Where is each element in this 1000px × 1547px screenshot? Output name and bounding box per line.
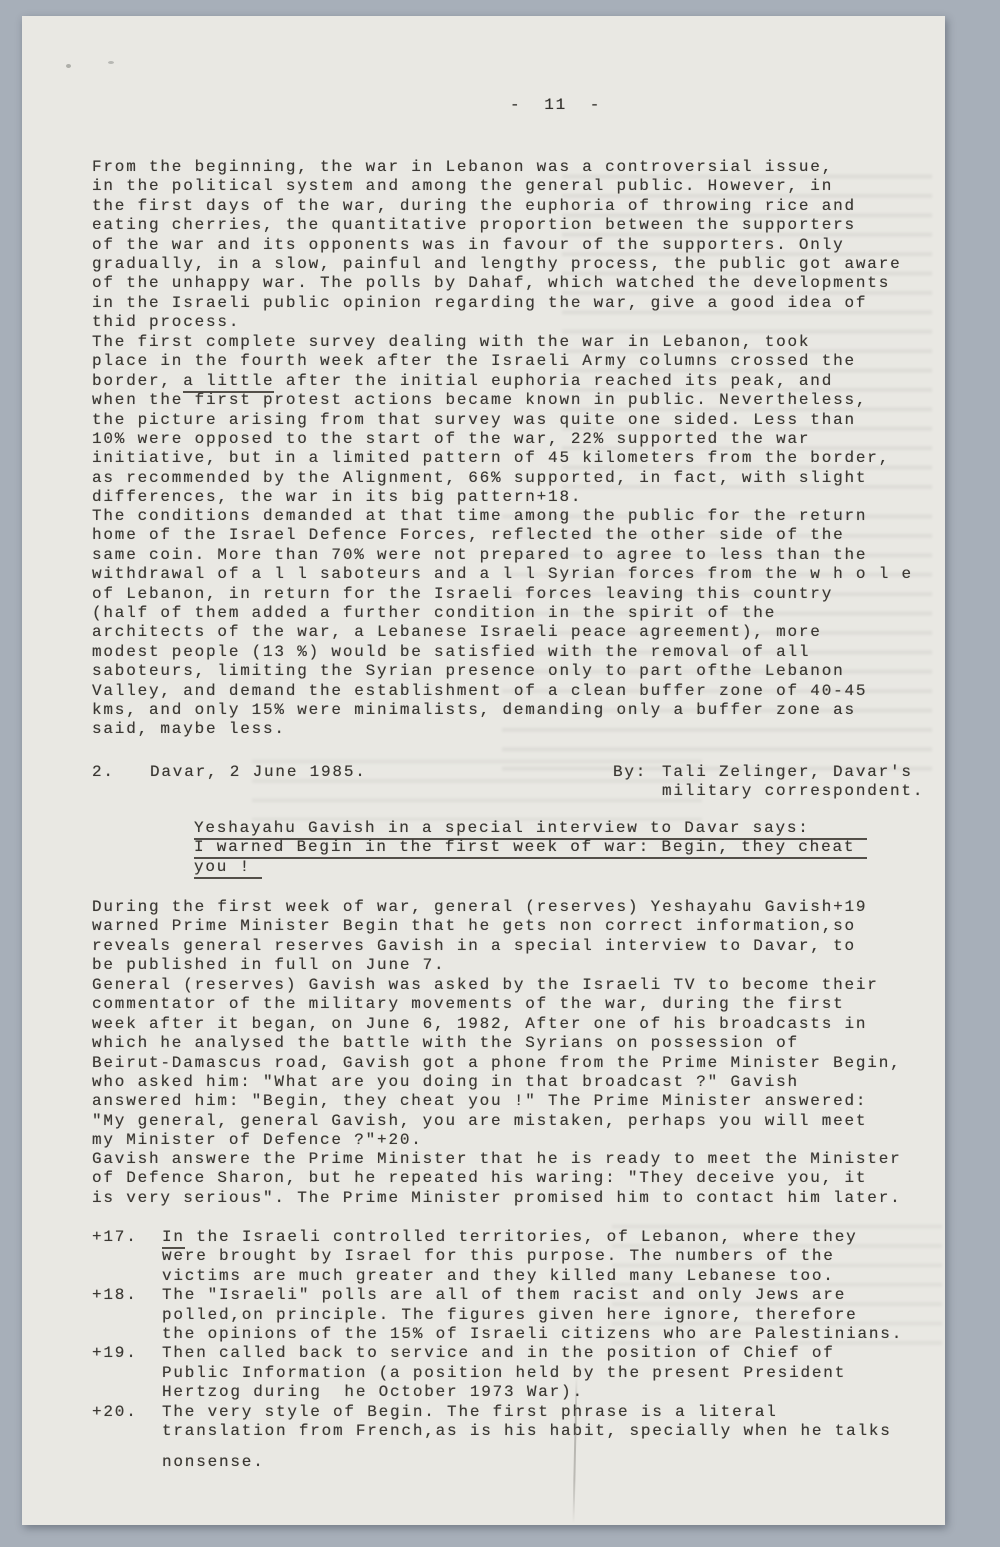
text-line: architects of the war, a Lebanese Israel… [92,623,913,642]
underlined-text: you ! [194,858,262,879]
underlined-text: I warned Begin in the first week of war:… [194,838,867,859]
text-segment: Gavish answere the Prime Minister that h… [92,1150,902,1168]
underlined-text: a little [183,372,274,393]
text-line: place in the fourth week after the Israe… [92,352,890,371]
text-segment: the Israeli controlled territories, of L… [185,1228,858,1246]
text-segment: thid process. [92,313,240,331]
text-segment: Tali Zelinger, Davar's [662,763,913,781]
footnote-text: Then called back to service and in the p… [162,1344,846,1402]
text-line: military correspondent. [662,782,924,801]
text-segment: nonsense. [162,1453,265,1471]
text-segment: my Minister of Defence ?"+20. [92,1131,423,1149]
text-segment: when the first protest actions became kn… [92,391,867,409]
text-line: answered him: "Begin, they cheat you !" … [92,1092,902,1111]
text-segment: commentator of the military movements of… [92,995,845,1013]
footnotes: +17.In the Israeli controlled territorie… [92,1228,903,1473]
footnote-marker: +17. [92,1228,162,1286]
text-segment: answered him: "Begin, they cheat you !" … [92,1092,867,1110]
paragraph-opening: From the beginning, the war in Lebanon w… [92,158,902,333]
text-segment: From the beginning, the war in Lebanon w… [92,158,833,176]
text-line: "My general, general Gavish, you are mis… [92,1112,902,1131]
text-segment: border, [92,372,183,390]
text-line: saboteurs, limiting the Syrian presence … [92,662,913,681]
scanned-page: - 11 - From the beginning, the war in Le… [0,0,1000,1547]
text-segment: saboteurs, limiting the Syrian presence … [92,662,845,680]
text-segment: reveals general reserves Gavish in a spe… [92,937,856,955]
text-segment: "My general, general Gavish, you are mis… [92,1112,867,1130]
text-line: The first complete survey dealing with t… [92,333,890,352]
text-line: kms, and only 15% were minimalists, dema… [92,701,913,720]
text-line: reveals general reserves Gavish in a spe… [92,937,867,956]
text-segment: in the political system and among the ge… [92,177,833,195]
text-line: border, a little after the initial eupho… [92,372,890,391]
text-line: eating cherries, the quantitative propor… [92,216,902,235]
text-segment: which he analysed the battle with the Sy… [92,1034,799,1052]
text-line: of the war and its opponents was in favo… [92,236,902,255]
text-segment: place in the fourth week after the Israe… [92,352,856,370]
text-segment: of the unhappy war. The polls by Dahaf, … [92,274,890,292]
bleed-through-ghost-text [252,751,702,821]
text-line: victims are much greater and they killed… [162,1267,858,1286]
text-segment: same coin. More than 70% were not prepar… [92,546,867,564]
footnote-text: In the Israeli controlled territories, o… [162,1228,858,1286]
text-segment: the opinions of the 15% of Israeli citiz… [162,1325,903,1343]
text-line: in the Israeli public opinion regarding … [92,294,902,313]
text-segment: General (reserves) Gavish was asked by t… [92,976,879,994]
text-line: is very serious". The Prime Minister pro… [92,1189,902,1208]
text-line: same coin. More than 70% were not prepar… [92,546,913,565]
page-number: - 11 - [510,96,601,115]
text-segment: military correspondent. [662,782,924,800]
paper-sheet: - 11 - From the beginning, the war in Le… [22,16,945,1525]
text-segment: Valley, and demand the establishment of … [92,682,867,700]
text-segment: 10% were opposed to the start of the war… [92,430,810,448]
footnote-marker: +20. [92,1403,162,1473]
text-line: commentator of the military movements of… [92,995,902,1014]
footnote-text: The very style of Begin. The first phras… [162,1403,892,1473]
text-line: modest people (13 %) would be satisfied … [92,643,913,662]
text-segment: who asked him: "What are you doing in th… [92,1073,799,1091]
text-line: From the beginning, the war in Lebanon w… [92,158,902,177]
underlined-text: In [162,1228,185,1249]
text-segment: withdrawal of a l l saboteurs and a l l … [92,565,913,583]
text-line: home of the Israel Defence Forces, refle… [92,526,913,545]
footnote-marker: +18. [92,1286,162,1344]
text-segment: translation from French,as is his habit,… [162,1422,892,1440]
text-segment: During the first week of war, general (r… [92,898,867,916]
footnote-marker: +19. [92,1344,162,1402]
text-segment: The very style of Begin. The first phras… [162,1403,778,1421]
text-segment: polled,on principle. The figures given h… [162,1306,858,1324]
text-segment: be published in full on June 7. [92,956,445,974]
byline-author: Tali Zelinger, Davar'smilitary correspon… [662,763,924,802]
text-segment: home of the Israel Defence Forces, refle… [92,526,845,544]
text-line: nonsense. [162,1453,892,1472]
text-line: The "Israeli" polls are all of them raci… [162,1286,903,1305]
text-segment: warned Prime Minister Begin that he gets… [92,917,856,935]
text-line: said, maybe less. [92,720,913,739]
text-line: of Lebanon, in return for the Israeli fo… [92,585,913,604]
text-line: Gavish answere the Prime Minister that h… [92,1150,902,1169]
text-line: polled,on principle. The figures given h… [162,1306,903,1325]
text-segment: differences, the war in its big pattern+… [92,488,582,506]
text-segment: The first complete survey dealing with t… [92,333,810,351]
text-line: General (reserves) Gavish was asked by t… [92,976,902,995]
text-segment: architects of the war, a Lebanese Israel… [92,623,822,641]
text-segment: The "Israeli" polls are all of them raci… [162,1286,846,1304]
paragraph-conditions: The conditions demanded at that time amo… [92,507,913,740]
text-segment: victims are much greater and they killed… [162,1267,835,1285]
text-segment: (half of them added a further condition … [92,604,776,622]
text-line: which he analysed the battle with the Sy… [92,1034,902,1053]
text-line: of Defence Sharon, but he repeated his w… [92,1169,902,1188]
text-segment: kms, and only 15% were minimalists, dema… [92,701,856,719]
text-segment: Then called back to service and in the p… [162,1344,835,1362]
footnote: +17.In the Israeli controlled territorie… [92,1228,903,1286]
text-line: Yeshayahu Gavish in a special interview … [194,819,867,838]
text-segment: The conditions demanded at that time amo… [92,507,867,525]
text-line: of the unhappy war. The polls by Dahaf, … [92,274,902,293]
text-line: the first days of the war, during the eu… [92,197,902,216]
text-line: the picture arising from that survey was… [92,411,890,430]
footnote: +18.The "Israeli" polls are all of them … [92,1286,903,1344]
text-segment: modest people (13 %) would be satisfied … [92,643,810,661]
text-line: The very style of Begin. The first phras… [162,1403,892,1422]
text-line: Tali Zelinger, Davar's [662,763,924,782]
paragraph-tv-commentator: General (reserves) Gavish was asked by t… [92,976,902,1151]
text-segment: week after it began, on June 6, 1982, Af… [92,1015,867,1033]
text-segment: the picture arising from that survey was… [92,411,856,429]
text-segment: in the Israeli public opinion regarding … [92,294,867,312]
paper-speck [66,64,71,68]
text-segment: after the initial euphoria reached its p… [274,372,833,390]
text-line: During the first week of war, general (r… [92,898,867,917]
text-segment: of the war and its opponents was in favo… [92,236,845,254]
text-line: Valley, and demand the establishment of … [92,682,913,701]
text-segment: Hertzog during he October 1973 War). [162,1383,584,1401]
text-segment: Beirut-Damascus road, Gavish got a phone… [92,1054,902,1072]
text-segment: of Defence Sharon, but he repeated his w… [92,1169,867,1187]
text-line: initiative, but in a limited pattern of … [92,449,890,468]
footnote: +19.Then called back to service and in t… [92,1344,903,1402]
byline-item-number: 2. [92,763,115,782]
text-line: who asked him: "What are you doing in th… [92,1073,902,1092]
text-line: Then called back to service and in the p… [162,1344,846,1363]
underlined-text: Yeshayahu Gavish in a special interview … [194,819,867,840]
footnote-text: The "Israeli" polls are all of them raci… [162,1286,903,1344]
text-line: as recommended by the Alignment, 66% sup… [92,469,890,488]
text-line: warned Prime Minister Begin that he gets… [92,917,867,936]
paper-speck [108,61,114,64]
text-segment: as recommended by the Alignment, 66% sup… [92,469,867,487]
paragraph-first-survey: The first complete survey dealing with t… [92,333,890,508]
text-line: The conditions demanded at that time amo… [92,507,913,526]
text-line: withdrawal of a l l saboteurs and a l l … [92,565,913,584]
paragraph-gavish-warning: During the first week of war, general (r… [92,898,867,976]
text-line: differences, the war in its big pattern+… [92,488,890,507]
text-line: in the political system and among the ge… [92,177,902,196]
text-line: be published in full on June 7. [92,956,867,975]
text-segment: Public Information (a position held by t… [162,1364,846,1382]
headline: Yeshayahu Gavish in a special interview … [194,819,867,877]
text-line: Public Information (a position held by t… [162,1364,846,1383]
text-segment: eating cherries, the quantitative propor… [92,216,856,234]
text-line: In the Israeli controlled territories, o… [162,1228,858,1247]
text-line: the opinions of the 15% of Israeli citiz… [162,1325,903,1344]
text-line: you ! [194,858,867,877]
text-line: my Minister of Defence ?"+20. [92,1131,902,1150]
text-segment: said, maybe less. [92,720,286,738]
paragraph-gavish-answer: Gavish answere the Prime Minister that h… [92,1150,902,1208]
text-segment: gradually, in a slow, painful and length… [92,255,902,273]
text-line: 10% were opposed to the start of the war… [92,430,890,449]
text-line: Hertzog during he October 1973 War). [162,1383,846,1402]
text-segment: initiative, but in a limited pattern of … [92,449,890,467]
text-line: gradually, in a slow, painful and length… [92,255,902,274]
text-line: I warned Begin in the first week of war:… [194,838,867,857]
byline-source: Davar, 2 June 1985. [150,763,367,782]
text-segment: is very serious". The Prime Minister pro… [92,1189,902,1207]
text-segment: of Lebanon, in return for the Israeli fo… [92,585,833,603]
byline-by-label: By: [613,763,647,782]
text-segment: the first days of the war, during the eu… [92,197,856,215]
text-line: thid process. [92,313,902,332]
text-line: when the first protest actions became kn… [92,391,890,410]
text-segment: were brought by Israel for this purpose.… [162,1247,835,1265]
footnote: +20.The very style of Begin. The first p… [92,1403,903,1473]
text-line: Beirut-Damascus road, Gavish got a phone… [92,1054,902,1073]
text-line: week after it began, on June 6, 1982, Af… [92,1015,902,1034]
text-line: (half of them added a further condition … [92,604,913,623]
text-line: were brought by Israel for this purpose.… [162,1247,858,1266]
text-line: translation from French,as is his habit,… [162,1422,892,1441]
